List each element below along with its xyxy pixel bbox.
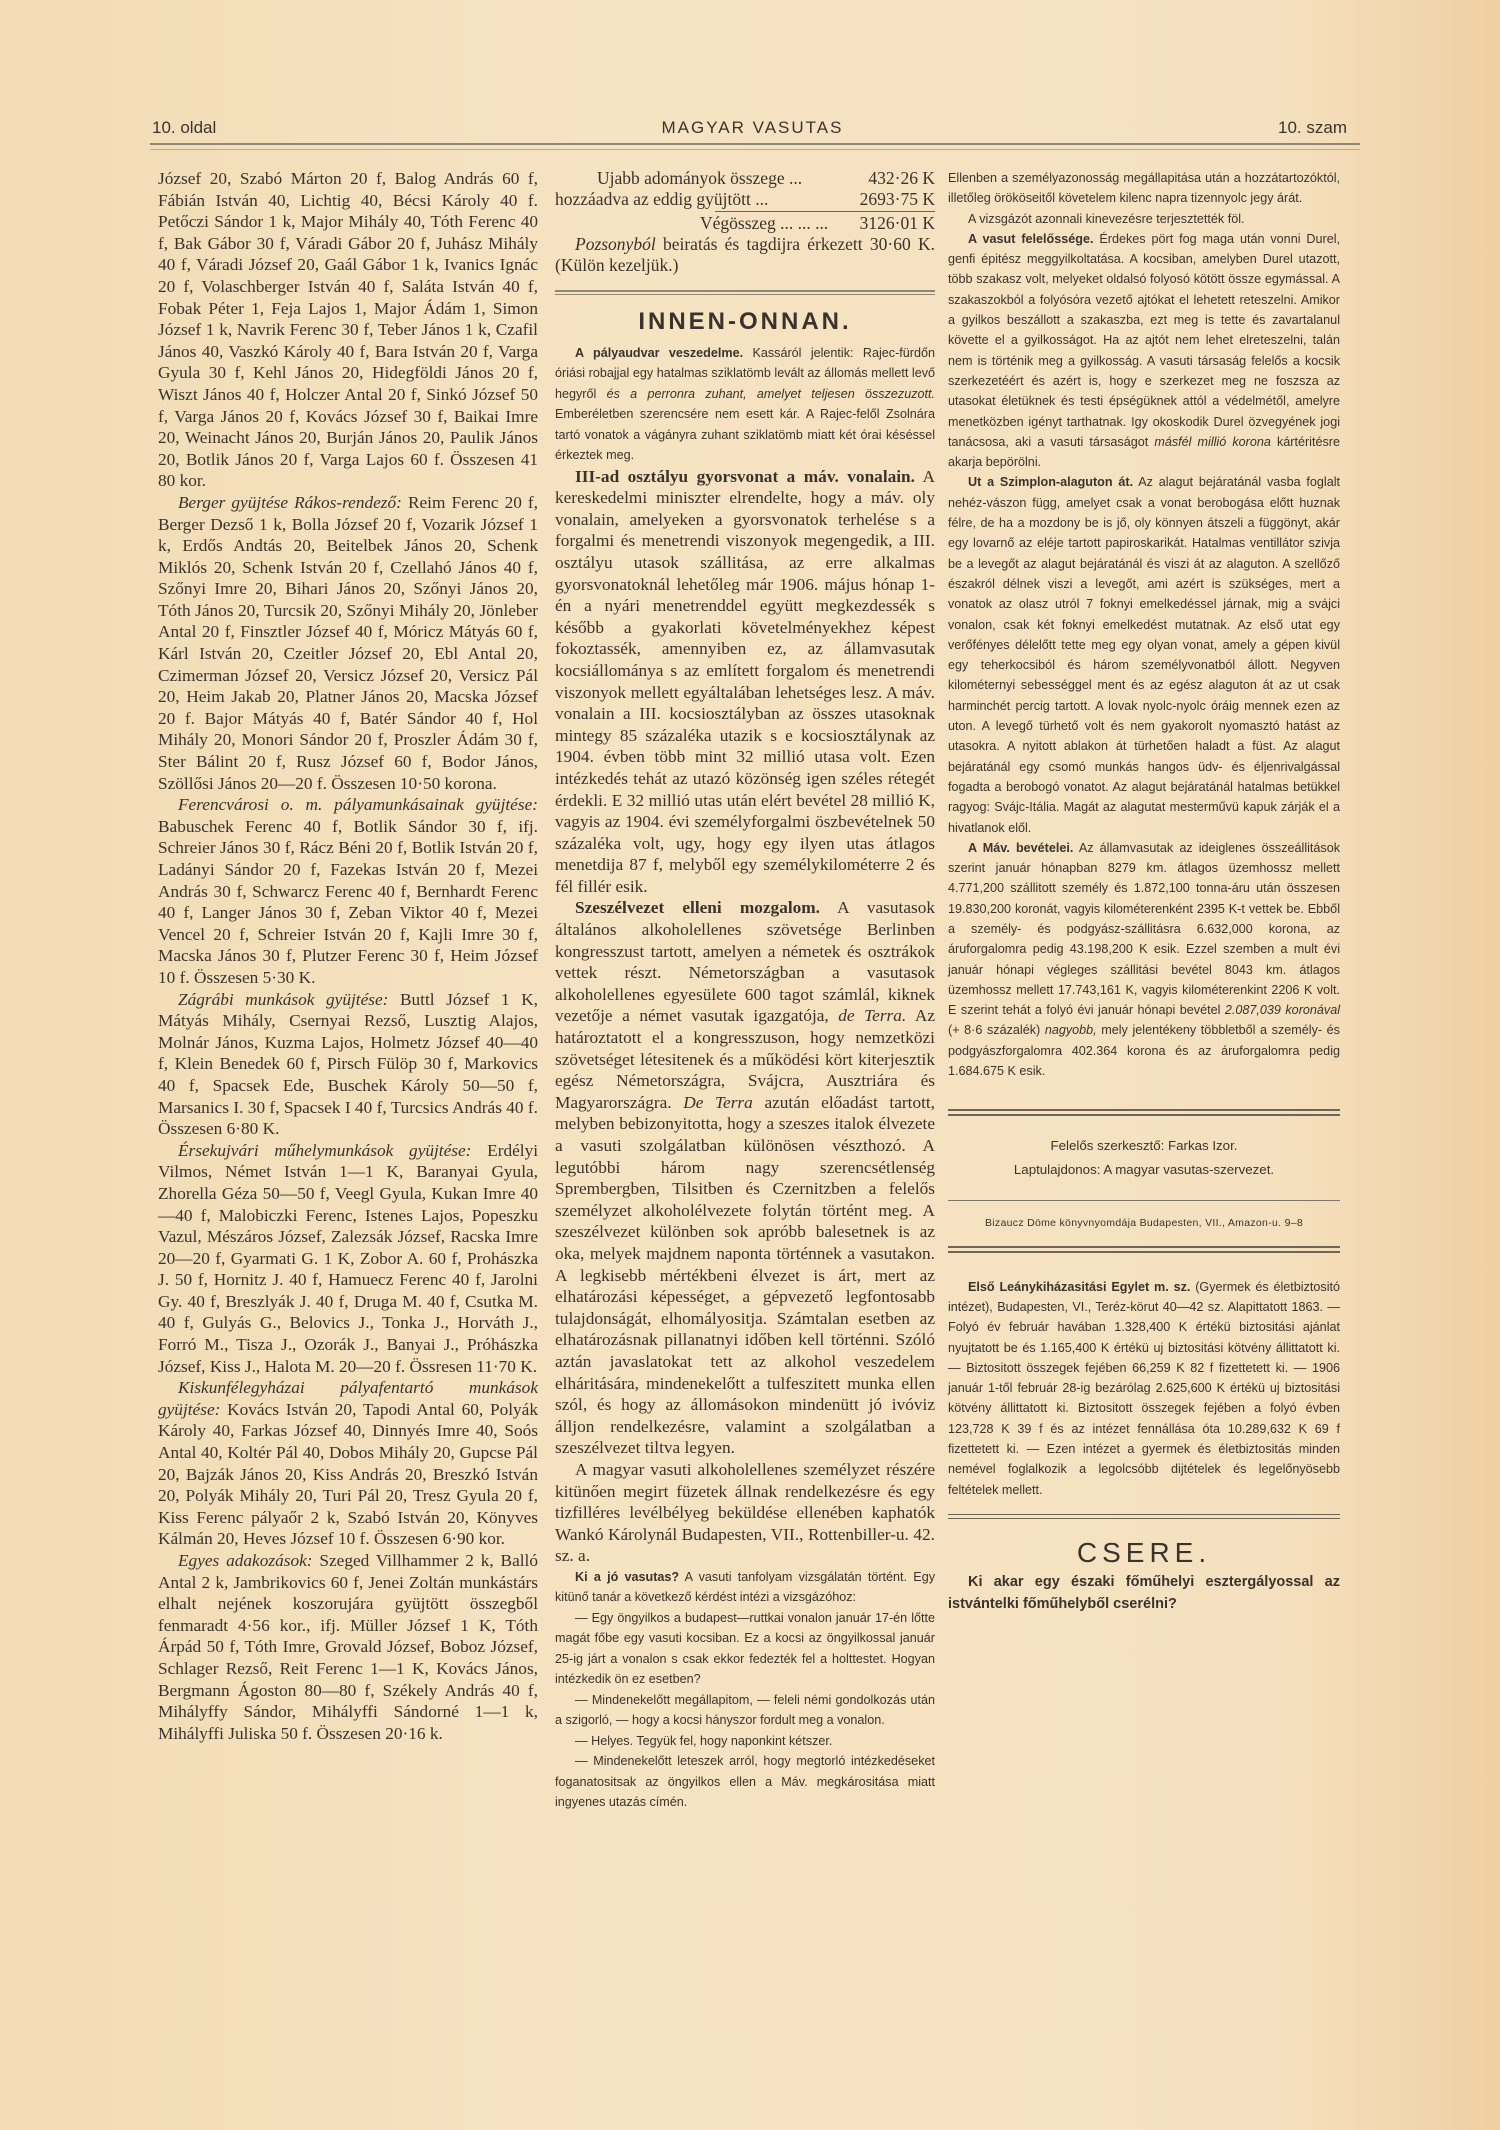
summary-row-new: Ujabb adományok összege ... 432·26 K	[555, 168, 935, 189]
donation-list-3: Ferencvárosi o. m. pályamunkásainak gyüj…	[158, 794, 538, 988]
collector-title: Érsekujvári műhelymunkások gyüjtése:	[178, 1141, 471, 1160]
news-items-2: Ki a jó vasutas? A vasuti tanfolyam vizs…	[555, 1567, 935, 1813]
advertisement-insurance: Első Leánykiházasitási Egylet m. sz. (Gy…	[948, 1277, 1340, 1500]
summary-row-total: Végösszeg ... ... ... 3126·01 K	[555, 213, 935, 234]
collector-title: Zágrábi munkások gyüjtése:	[178, 990, 388, 1009]
dialogue-line: — Egy öngyilkos a budapest—ruttkai vonal…	[555, 1608, 935, 1690]
section-title-innen-onnan: INNEN-ONNAN.	[555, 311, 935, 333]
imprint: Felelős szerkesztő: Farkas Izor. Laptula…	[948, 1134, 1340, 1182]
donation-list-2: Berger gyüjtése Rákos-rendező: Reim Fere…	[158, 492, 538, 794]
column-right: Ellenben a személyazonosság megállapitás…	[948, 168, 1340, 1615]
news-items: A pályaudvar veszedelme. Kassáról jelent…	[555, 343, 935, 466]
column-news: Ujabb adományok összege ... 432·26 K hoz…	[555, 168, 935, 1813]
collector-title: Berger gyüjtése Rákos-rendező:	[178, 493, 402, 512]
donation-list-5: Érsekujvári műhelymunkások gyüjtése: Erd…	[158, 1140, 538, 1378]
news-items-serif: III-ad osztályu gyorsvonat a máv. vonala…	[555, 466, 935, 1567]
newspaper-title: MAGYAR VASUTAS	[140, 118, 1365, 138]
news-item-fuzetek: A magyar vasuti alkoholellenes személyze…	[555, 1459, 935, 1567]
publisher: Laptulajdonos: A magyar vasutas-szerveze…	[948, 1158, 1340, 1182]
newspaper-page: 10. oldal MAGYAR VASUTAS 10. szam József…	[140, 0, 1365, 2130]
printer-rule	[948, 1200, 1340, 1201]
pozsony-note: Pozsonyból beiratás és tagdijra érkezett…	[555, 234, 935, 276]
dialogue-line: — Mindenekelőtt megállapitom, — feleli n…	[555, 1690, 935, 1731]
imprint-rule-bottom	[948, 1246, 1340, 1253]
running-head: 10. oldal MAGYAR VASUTAS 10. szam	[140, 112, 1365, 142]
news-item-vizsgazo: A vizsgázót azonnali kinevezésre terjesz…	[948, 209, 1340, 229]
sum-rule	[715, 211, 935, 212]
news-item-jo-vasutas: Ki a jó vasutas? A vasuti tanfolyam vizs…	[555, 1567, 935, 1608]
section-rule	[555, 290, 935, 295]
column-donations: József 20, Szabó Márton 20 f, Balog Andr…	[158, 168, 538, 1744]
dialogue-line: — Helyes. Tegyük fel, hogy naponkint két…	[555, 1731, 935, 1752]
news-item-gyorsvonat: III-ad osztályu gyorsvonat a máv. vonala…	[555, 466, 935, 898]
csere-title: CSERE.	[948, 1543, 1340, 1563]
summary-row-previous: hozzáadva az eddig gyüjtött ... 2693·75 …	[555, 189, 935, 210]
dialogue-line: — Mindenekelőtt leteszek arról, hogy meg…	[555, 1751, 935, 1813]
donation-list-6: Kiskunfélegyházai pályafentartó munkások…	[158, 1377, 538, 1550]
donation-list-1: József 20, Szabó Márton 20 f, Balog Andr…	[158, 168, 538, 492]
issue-number: 10. szam	[1278, 118, 1347, 138]
collector-title: Ferencvárosi o. m. pályamunkásainak gyüj…	[178, 795, 538, 814]
donation-summary: Ujabb adományok összege ... 432·26 K hoz…	[555, 168, 935, 276]
donation-list-7: Egyes adakozások: Szeged Villhammer 2 k,…	[158, 1550, 538, 1744]
news-item-palyaudvar: A pályaudvar veszedelme. Kassáról jelent…	[555, 343, 935, 466]
news-item-szeszelvezet: Szeszélvezet elleni mozgalom. A vasutaso…	[555, 897, 935, 1458]
imprint-rule-top	[948, 1109, 1340, 1116]
printer-line: Bizaucz Döme könyvnyomdája Budapesten, V…	[948, 1213, 1340, 1233]
news-item-felelosseg: A vasut felelőssége. Érdekes pört fog ma…	[948, 229, 1340, 473]
donation-list-4: Zágrábi munkások gyüjtése: Buttl József …	[158, 989, 538, 1140]
news-item-szimplon: Ut a Szimplon-alaguton át. Az alagut bej…	[948, 472, 1340, 837]
collector-title: Egyes adakozások:	[178, 1551, 313, 1570]
responsible-editor: Felelős szerkesztő: Farkas Izor.	[948, 1134, 1340, 1158]
csere-body: Ki akar egy északi főműhelyi esztergályo…	[948, 1571, 1340, 1615]
news-continuation: Ellenben a személyazonosság megállapitás…	[948, 168, 1340, 209]
header-rule	[150, 143, 1360, 150]
news-item-mav-bevetelei: A Máv. bevételei. Az államvasutak az ide…	[948, 838, 1340, 1082]
ad-rule	[948, 1514, 1340, 1519]
